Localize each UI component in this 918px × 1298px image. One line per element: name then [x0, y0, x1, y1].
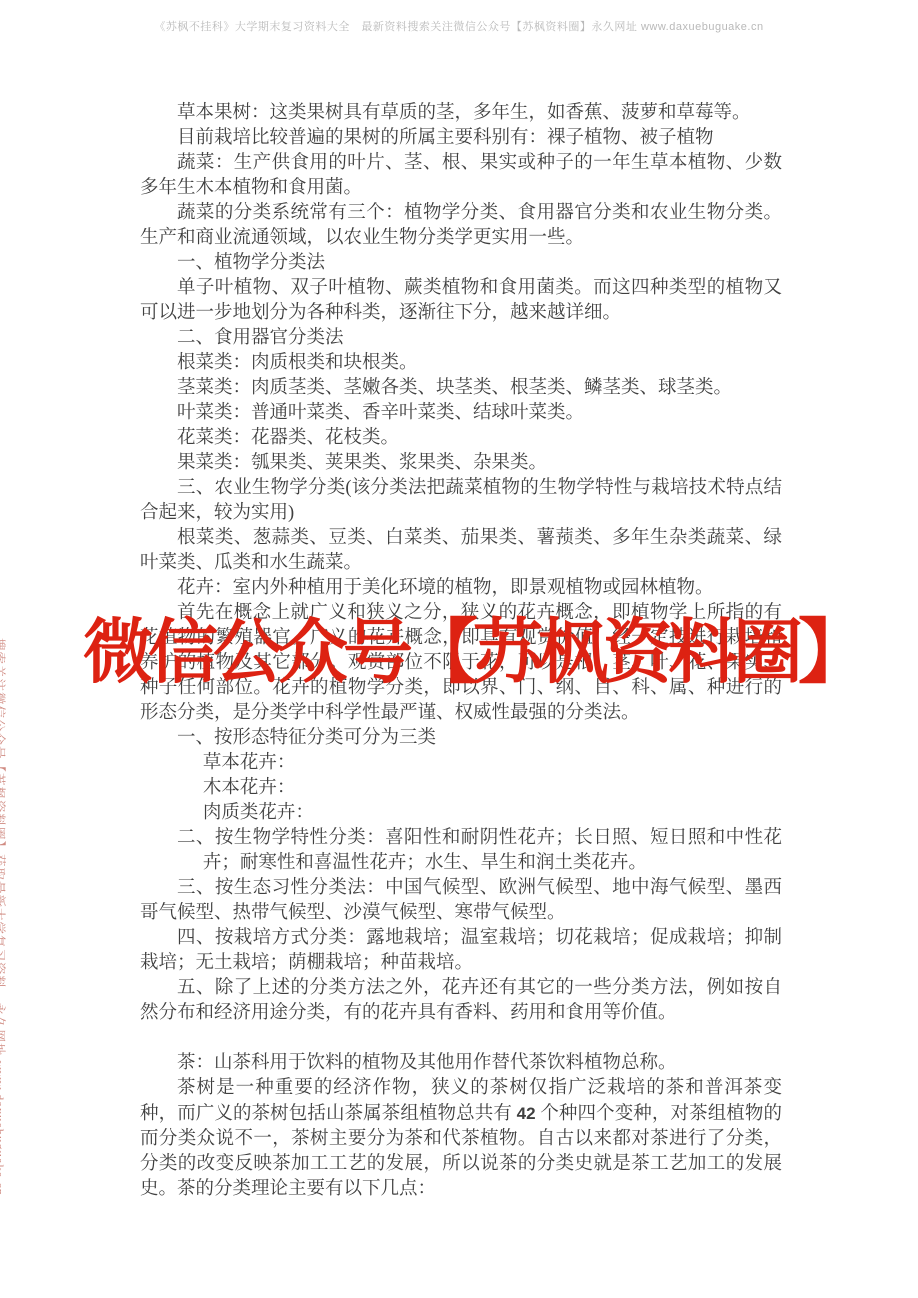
body-paragraph: 根菜类：肉质根类和块根类。: [140, 351, 782, 376]
body-paragraph: 茶树是一种重要的经济作物，狭义的茶树仅指广泛栽培的茶和普洱茶变种，而广义的茶树包…: [140, 1076, 782, 1202]
body-paragraph: 花菜类：花器类、花枝类。: [140, 426, 782, 451]
body-paragraph: 茶：山茶科用于饮料的植物及其他用作替代茶饮料植物总称。: [140, 1051, 782, 1076]
body-paragraph: 单子叶植物、双子叶植物、蕨类植物和食用菌类。而这四种类型的植物又可以进一步地划分…: [140, 276, 782, 326]
body-paragraph: 一、按形态特征分类可分为三类: [140, 726, 782, 751]
body-paragraph: 草本花卉：: [140, 751, 782, 776]
body-paragraph: 二、食用器官分类法: [140, 326, 782, 351]
document-body: 草本果树：这类果树具有草质的茎，多年生，如香蕉、菠萝和草莓等。 目前栽培比较普遍…: [140, 101, 782, 1202]
body-paragraph: 肉质类花卉：: [140, 801, 782, 826]
body-paragraph: 草本果树：这类果树具有草质的茎，多年生，如香蕉、菠萝和草莓等。: [140, 101, 782, 126]
body-paragraph: 蔬菜的分类系统常有三个：植物学分类、食用器官分类和农业生物分类。生产和商业流通领…: [140, 201, 782, 251]
body-paragraph: 一、植物学分类法: [140, 251, 782, 276]
body-paragraph: 五、除了上述的分类方法之外，花卉还有其它的一些分类方法，例如按自然分布和经济用途…: [140, 976, 782, 1026]
body-paragraph: 茎菜类：肉质茎类、茎嫩各类、块茎类、根茎类、鳞茎类、球茎类。: [140, 376, 782, 401]
body-paragraph-blank: [140, 1026, 782, 1051]
side-vertical-watermark: 搜索关注微信公众号【苏枫资料圈】获取最新大学复习资料，永久网址 www.daxu…: [0, 638, 9, 1196]
body-paragraph: 蔬菜：生产供食用的叶片、茎、根、果实或种子的一年生草本植物、少数多年生木本植物和…: [140, 151, 782, 201]
body-paragraph: 目前栽培比较普遍的果树的所属主要科别有：裸子植物、被子植物: [140, 126, 782, 151]
body-paragraph: 根菜类、葱蒜类、豆类、白菜类、茄果类、薯蓣类、多年生杂类蔬菜、绿叶菜类、瓜类和水…: [140, 526, 782, 576]
body-paragraph: 三、按生态习性分类法：中国气候型、欧洲气候型、地中海气候型、墨西哥气候型、热带气…: [140, 876, 782, 926]
body-paragraph: 叶菜类：普通叶菜类、香辛叶菜类、结球叶菜类。: [140, 401, 782, 426]
body-paragraph: 首先在概念上就广义和狭义之分，狭义的花卉概念，即植物学上所指的有花植物的繁殖器官…: [140, 601, 782, 726]
body-paragraph: 二、按生物学特性分类：喜阳性和耐阴性花卉；长日照、短日照和中性花卉；耐寒性和喜温…: [140, 826, 782, 876]
body-paragraph: 果菜类：瓠果类、荚果类、浆果类、杂果类。: [140, 451, 782, 476]
body-paragraph: 三、农业生物学分类(该分类法把蔬菜植物的生物学特性与栽培技术特点结合起来，较为实…: [140, 476, 782, 526]
page-header-watermark: 《苏枫不挂科》大学期末复习资料大全 最新资料搜索关注微信公众号【苏枫资料圈】永久…: [0, 18, 918, 34]
tea-paragraph-number: 42: [517, 1104, 536, 1123]
body-paragraph: 四、按栽培方式分类：露地栽培；温室栽培；切花栽培；促成栽培；抑制栽培；无土栽培；…: [140, 926, 782, 976]
body-paragraph: 花卉：室内外种植用于美化环境的植物，即景观植物或园林植物。: [140, 576, 782, 601]
body-paragraph: 木本花卉：: [140, 776, 782, 801]
